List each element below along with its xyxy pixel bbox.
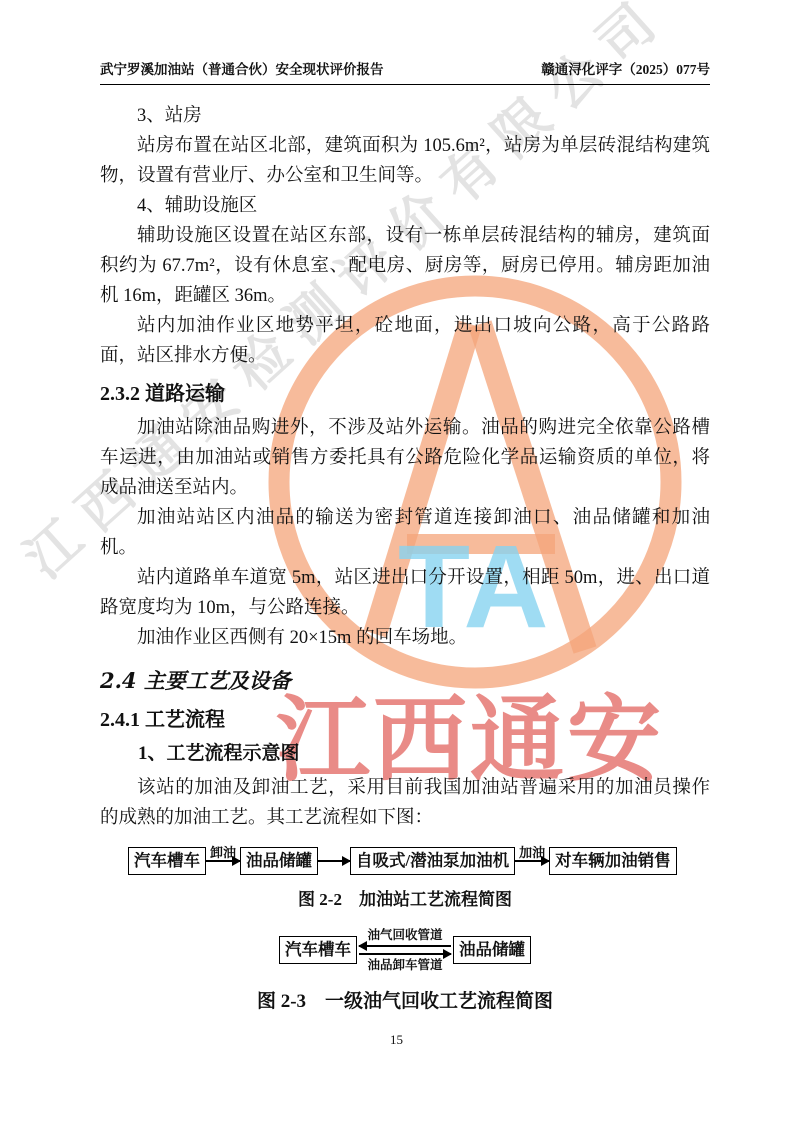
document-page: 江西通安检测评价有限公司 TA 江西通安 武宁罗溪加油站（普通合伙）安全现状评价… <box>0 0 793 1122</box>
paragraph-road-transport: 加油站除油品购进外，不涉及站外运输。油品的购进完全依靠公路槽车运进，由加油站或销… <box>100 413 710 503</box>
heading-2-4: 2.4 主要工艺及设备 <box>100 665 710 697</box>
flow-box-storage-tank-2: 油品储罐 <box>453 936 531 964</box>
heading-2-3-2: 2.3.2 道路运输 <box>100 379 710 409</box>
flow-arrow-plain <box>318 860 350 862</box>
paragraph-auxiliary-area: 辅助设施区设置在站区东部，设有一栋单层砖混结构的辅房，建筑面积约为 67.7m²… <box>100 221 710 311</box>
paragraph-road-width: 站内道路单车道宽 5m，站区进出口分开设置，相距 50m，进、出口道路宽度均为 … <box>100 563 710 623</box>
vapor-recovery-pipe-label: 油气回收管道 <box>367 928 442 942</box>
header-document-number: 赣通浔化评字（2025）077号 <box>541 58 710 78</box>
page-content: 武宁罗溪加油站（普通合伙）安全现状评价报告 赣通浔化评字（2025）077号 3… <box>0 0 793 1013</box>
figure-2-3-caption: 图 2-3 一级油气回收工艺流程简图 <box>100 986 710 1013</box>
header-report-title: 武宁罗溪加油站（普通合伙）安全现状评价报告 <box>100 58 384 78</box>
flow-duct-labels: 油气回收管道 油品卸车管道 <box>359 928 451 972</box>
paragraph-auxiliary-title: 4、辅助设施区 <box>100 191 710 221</box>
figure-2-3-flow-diagram: 汽车槽车 油气回收管道 油品卸车管道 油品储罐 <box>100 928 710 972</box>
flow-arrow-refueling <box>515 860 549 862</box>
paragraph-station-house: 站房布置在站区北部，建筑面积为 105.6m²，站房为单层砖混结构建筑物，设置有… <box>100 131 710 191</box>
figure-2-2-caption: 图 2-2 加油站工艺流程简图 <box>100 885 710 910</box>
flow-box-storage-tank: 油品储罐 <box>240 847 318 875</box>
page-number: 15 <box>0 1032 793 1048</box>
heading-2-4-1: 2.4.1 工艺流程 <box>100 705 710 735</box>
flow-arrow-oil-unloading <box>359 953 451 955</box>
paragraph-process-intro: 该站的加油及卸油工艺，采用目前我国加油站普遍采用的加油员操作的成熟的加油工艺。其… <box>100 773 710 833</box>
oil-unloading-pipe-label: 油品卸车管道 <box>367 958 442 972</box>
body-text: 3、站房 站房布置在站区北部，建筑面积为 105.6m²，站房为单层砖混结构建筑… <box>100 101 710 833</box>
page-header: 武宁罗溪加油站（普通合伙）安全现状评价报告 赣通浔化评字（2025）077号 <box>100 58 710 85</box>
flow-arrow-vapor-recovery <box>359 945 451 947</box>
flow-box-vehicle-sale: 对车辆加油销售 <box>549 847 677 875</box>
paragraph-station-house-title: 3、站房 <box>100 101 710 131</box>
flow-box-tank-truck-2: 汽车槽车 <box>279 936 357 964</box>
flow-box-tank-truck: 汽车槽车 <box>128 847 206 875</box>
flow-box-dispenser: 自吸式/潜油泵加油机 <box>350 847 515 875</box>
figure-2-2-flow-diagram: 汽车槽车 油品储罐 自吸式/潜油泵加油机 对车辆加油销售 <box>128 847 710 875</box>
paragraph-pipeline: 加油站站区内油品的输送为密封管道连接卸油口、油品储罐和加油机。 <box>100 503 710 563</box>
paragraph-turnaround-area: 加油作业区西侧有 20×15m 的回车场地。 <box>100 623 710 653</box>
heading-flow-diagram: 1、工艺流程示意图 <box>100 739 710 769</box>
flow-arrow-unloading <box>206 860 240 862</box>
paragraph-terrain: 站内加油作业区地势平坦，砼地面，进出口坡向公路，高于公路路面，站区排水方便。 <box>100 311 710 371</box>
